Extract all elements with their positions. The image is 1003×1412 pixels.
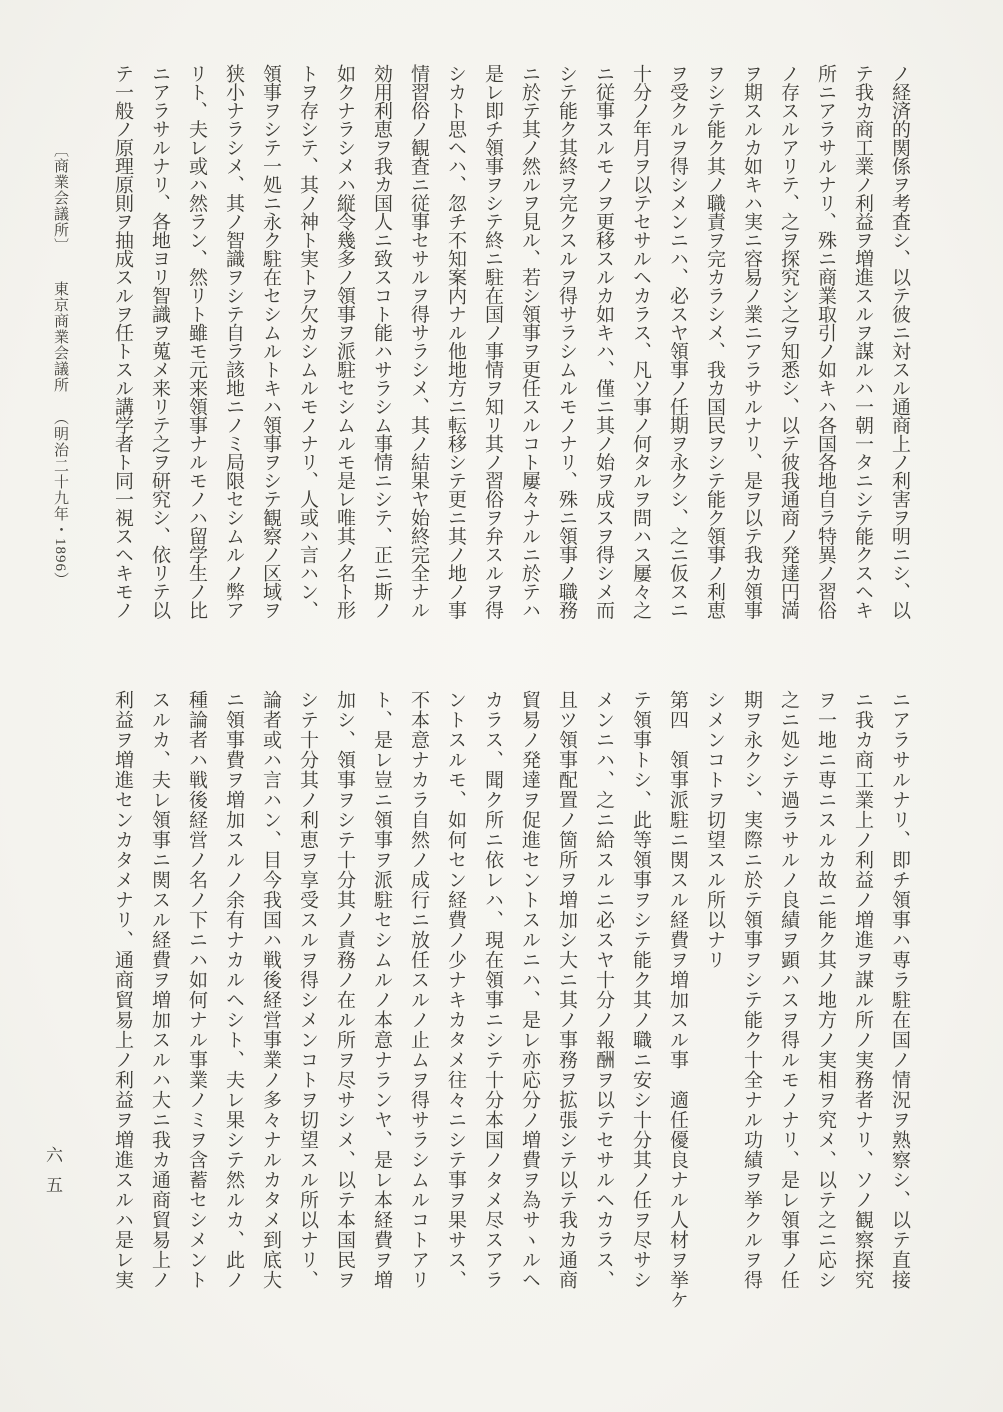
text-column: ヲ期スルカ如キハ実ニ容易ノ業ニアラサルナリ、是ヲ以テ我カ領事 (742, 64, 761, 648)
text-column: 貿易ノ発達ヲ促進セントスルニハ、是レ亦応分ノ増費ヲ為サヽルヘ (520, 690, 539, 1320)
text-column: テ領事トシ、此等領事ヲシテ能ク其ノ職ニ安シ十分其ノ任ヲ尽サシ (631, 690, 650, 1320)
text-column: テ我カ商工業ノ利益ヲ増進スルヲ謀ルハ一朝一タニシテ能クスヘキ (853, 64, 872, 648)
text-column: 且ツ領事配置ノ箇所ヲ増加シ大ニ其ノ事務ヲ拡張シテ以テ我カ通商 (557, 690, 576, 1320)
text-column: シテ十分其ノ利恵ヲ享受スルヲ得シメンコトヲ切望スル所以ナリ、 (298, 690, 317, 1320)
text-column: ヲシテ能ク其ノ職責ヲ完カラシメ、我カ国民ヲシテ能ク領事ノ利恵 (705, 64, 724, 648)
text-column: 加シ、領事ヲシテ十分其ノ責務ノ在ル所ヲ尽サシメ、以テ本国民ヲ (335, 690, 354, 1320)
text-column: ヲ受クルヲ得シメンニハ、必スヤ領事ノ任期ヲ永クシ、之ニ仮スニ (668, 64, 687, 648)
text-column: 十分ノ年月ヲ以テセサルヘカラス、凡ソ事ノ何タルヲ問ハス屢々之 (631, 64, 650, 648)
text-column: テ一般ノ原理原則ヲ抽成スルヲ任トスル講学者ト同一視スヘキモノ (113, 64, 132, 648)
text-column: ニ於テ其ノ然ルヲ見ル、若シ領事ヲ更任スルコト屢々ナルニ於テハ (520, 64, 539, 648)
text-column: 如クナラシメハ縦令幾多ノ領事ヲ派駐セシムルモ是レ唯其ノ名ト形 (335, 64, 354, 648)
citation-date: （明治二十九年・1896） (52, 410, 68, 588)
text-column: ニ我カ商工業上ノ利益ノ増進ヲ謀ル所ノ実務者ナリ、ソノ観察探究 (853, 690, 872, 1320)
text-column: シカト思ヘハ、忽チ不知案内ナル他地方ニ転移シテ更ニ其ノ地ノ事 (446, 64, 465, 648)
text-column: ニアラサルナリ、即チ領事ハ専ラ駐在国ノ情況ヲ熟察シ、以テ直接 (890, 690, 909, 1320)
page-number: 六五 (44, 1146, 61, 1206)
text-column: シテ能ク其終ヲ完クスルヲ得サラシムルモノナリ、殊ニ領事ノ職務 (557, 64, 576, 648)
citation: 〔商業会議所〕 東京商業会議所 （明治二十九年・1896） (52, 142, 67, 602)
text-column: ニ領事費ヲ増加スルノ余有ナカルヘシト、夫レ果シテ然ルカ、此ノ (224, 690, 243, 1320)
text-column: シメンコトヲ切望スル所以ナリ (705, 690, 724, 1320)
citation-source-label: 〔商業会議所〕 (52, 142, 68, 254)
text-column: ントスルモ、如何セン経費ノ少ナキカタメ往々ニシテ事ヲ果サス、 (446, 690, 465, 1320)
text-column: 不本意ナカラ自然ノ成行ニ放任スルノ止ムヲ得サラシムルコトアリ (409, 690, 428, 1320)
lower-text-block: ニアラサルナリ、即チ領事ハ専ラ駐在国ノ情況ヲ熟察シ、以テ直接ニ我カ商工業上ノ利益… (95, 690, 909, 1320)
text-column: トヲ存シテ、其ノ神ト実トヲ欠カシムルモノナリ、人或ハ言ハン、 (298, 64, 317, 648)
text-column: 論者或ハ言ハン、目今我国ハ戦後経営事業ノ多々ナルカタメ到底大 (261, 690, 280, 1320)
text-column: ノ存スルアリテ、之ヲ探究シ之ヲ知悉シ、以テ彼我通商ノ発達円満 (779, 64, 798, 648)
text-column: 是レ即チ領事ヲシテ終ニ駐在国ノ事情ヲ知リ其ノ習俗ヲ弁スルヲ得 (483, 64, 502, 648)
text-column: ト、是レ豈ニ領事ヲ派駐セシムルノ本意ナランヤ、是レ本経費ヲ増 (372, 690, 391, 1320)
text-column: 領事ヲシテ一処ニ永ク駐在セシムルトキハ領事ヲシテ観察ノ区域ヲ (261, 64, 280, 648)
text-column: 狭小ナラシメ、其ノ智識ヲシテ自ラ該地ニノミ局限セシムルノ弊ア (224, 64, 243, 648)
text-column: 利益ヲ増進センカタメナリ、通商貿易上ノ利益ヲ増進スルハ是レ実 (113, 690, 132, 1320)
citation-organization: 東京商業会議所 (52, 281, 68, 393)
text-column: 期ヲ永クシ、実際ニ於テ領事ヲシテ能ク十全ナル功績ヲ挙クルヲ得 (742, 690, 761, 1320)
text-column: ノ経済的関係ヲ考査シ、以テ彼ニ対スル通商上ノ利害ヲ明ニシ、以 (890, 64, 909, 648)
text-column: リト、夫レ或ハ然ラン、然リト雖モ元来領事ナルモノハ留学生ノ比 (187, 64, 206, 648)
text-column: カラス、聞ク所ニ依レハ、現在領事ニシテ十分本国ノタメ尽スアラ (483, 690, 502, 1320)
upper-text-block: ノ経済的関係ヲ考査シ、以テ彼ニ対スル通商上ノ利害ヲ明ニシ、以テ我カ商工業ノ利益ヲ… (95, 64, 909, 648)
text-column: 第四 領事派駐ニ関スル経費ヲ増加スル事 適任優良ナル人材ヲ挙ケ (668, 690, 687, 1320)
text-column: ニアラサルナリ、各地ヨリ智識ヲ蒐メ来リテ之ヲ研究シ、依リテ以 (150, 64, 169, 648)
text-column: 種論者ハ戦後経営ノ名ノ下ニハ如何ナル事業ノミヲ含蓄セシメント (187, 690, 206, 1320)
text-column: スルカ、夫レ領事ニ関スル経費ヲ増加スルハ大ニ我カ通商貿易上ノ (150, 690, 169, 1320)
text-column: 所ニアラサルナリ、殊ニ商業取引ノ如キハ各国各地自ラ特異ノ習俗 (816, 64, 835, 648)
text-column: ニ従事スルモノヲ更移スルカ如キハ、僅ニ其ノ始ヲ成スヲ得シメ而 (594, 64, 613, 648)
text-column: ヲ一地ニ専ニスルカ故ニ能ク其ノ地方ノ実相ヲ究メ、以テ之ニ応シ (816, 690, 835, 1320)
text-column: メンニハ、之ニ給スルニ必スヤ十分ノ報酬ヲ以テセサルヘカラス、 (594, 690, 613, 1320)
text-column: 効用利恵ヲ我カ国人ニ致スコト能ハサラシム事情ニシテ、正ニ斯ノ (372, 64, 391, 648)
scanned-document-page: ノ経済的関係ヲ考査シ、以テ彼ニ対スル通商上ノ利害ヲ明ニシ、以テ我カ商工業ノ利益ヲ… (0, 0, 1003, 1412)
text-column: 情習俗ノ観査ニ従事セサルヲ得サラシメ、其ノ結果ヤ始終完全ナル (409, 64, 428, 648)
text-column: 之ニ処シテ過ラサルノ良績ヲ顕ハスヲ得ルモノナリ、是レ領事ノ任 (779, 690, 798, 1320)
